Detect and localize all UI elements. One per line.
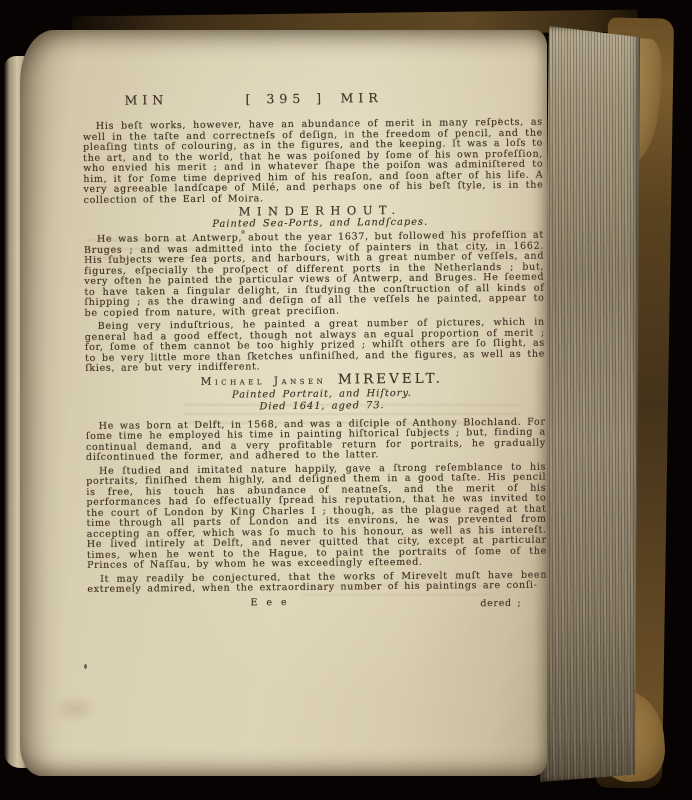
catchword: dered ; xyxy=(480,598,521,609)
page-number: [ 395 ] xyxy=(246,94,327,105)
body-paragraph: His beſt works, however, have an abundan… xyxy=(83,118,544,206)
running-head-left: MIN xyxy=(125,95,169,106)
body-paragraph: Being very induſtrious, he painted a gre… xyxy=(85,318,545,375)
entry-heading-forenames: Michael Jansen xyxy=(201,374,327,387)
book-fore-edge-pages xyxy=(540,26,640,782)
running-head: MIN [ 395 ] MIR xyxy=(82,84,542,122)
paper-smudge xyxy=(52,694,98,724)
running-head-right: MIR xyxy=(341,93,383,104)
signature-mark: E e e xyxy=(250,598,288,609)
body-paragraph: It may readily be conjectured, that the … xyxy=(87,570,547,595)
body-paragraph: He was born at Delft, in 1568, and was a… xyxy=(86,417,546,463)
book-photograph: MIN [ 395 ] MIR His beſt works, however,… xyxy=(0,0,692,800)
body-paragraph: He was born at Antwerp, about the year 1… xyxy=(84,231,545,319)
body-paragraph: He ſtudied and imitated nature happily, … xyxy=(86,462,547,571)
printed-text-block: MIN [ 395 ] MIR His beſt works, however,… xyxy=(82,84,547,614)
entry-heading-surname: MIREVELT. xyxy=(338,370,443,387)
